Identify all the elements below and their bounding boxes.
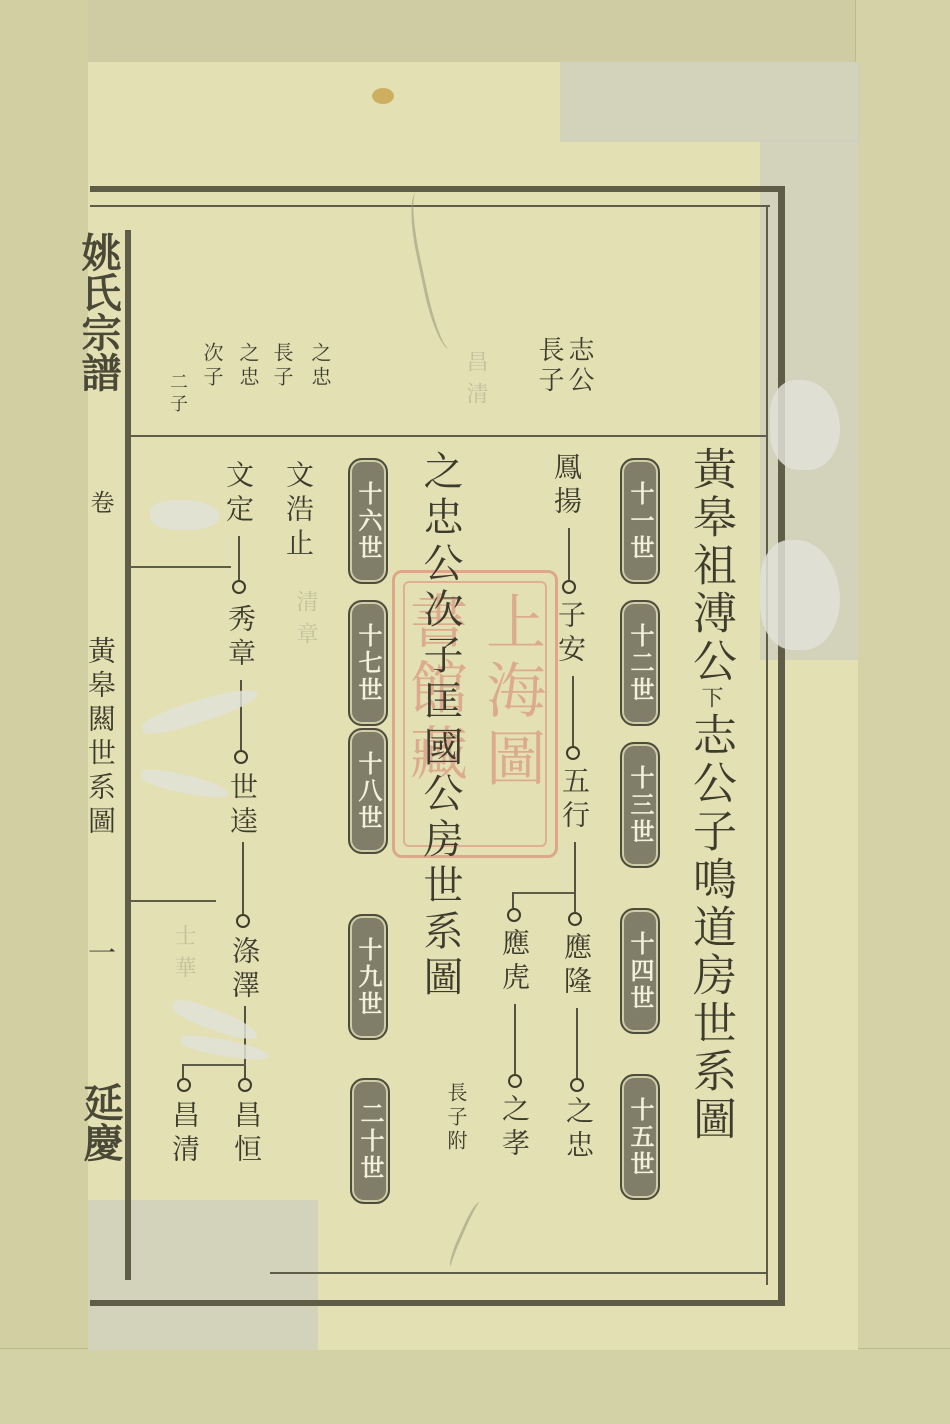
lineage-node [562,580,576,594]
branch-line [512,892,574,894]
stain [372,88,394,104]
lineage-node [234,750,248,764]
book-title-partial: 姚氏宗譜 [78,232,118,392]
branch-line [512,892,514,908]
generation-badge: 十一世 [620,458,660,584]
left-panel-rule [131,566,231,568]
generation-badge: 二十世 [350,1078,390,1204]
mount-top-tissue [88,0,858,64]
generation-badge: 十七世 [348,600,388,726]
mount-left-margin [0,0,90,1424]
paper-damage [150,500,220,530]
lineage-line [238,536,240,580]
generation-badge: 十八世 [348,728,388,854]
chart-two-title-note: 長子附 [446,1082,466,1154]
mount-bottom-margin [0,1348,950,1424]
lineage-line [242,842,244,914]
bleed-through-text: 昌清 [460,350,491,414]
branch-line [182,1064,184,1078]
lineage-node [238,1078,252,1092]
generation-badge: 十三世 [620,742,660,868]
header-note-zhigong: 志公 [566,336,592,396]
header-note-zhizhong: 之忠 [310,342,330,390]
person-name: 五行 [560,766,588,834]
lineage-node [570,1078,584,1092]
spine-rule [125,230,131,1280]
page-frame-inner-right [766,205,768,1285]
bleed-through-text: 清章 [290,590,321,654]
chart-one-title: 黃皋祖溥公下志公子鳴道房世系圖 [688,446,732,1144]
branch-line [182,1064,246,1066]
section-title: 黃皋闗世系圖 [86,636,114,840]
generation-badge: 十四世 [620,908,660,1034]
generation-badge: 十二世 [620,600,660,726]
bleed-through-text: 士華 [168,924,199,988]
person-name: 文浩止 [284,460,312,562]
person-name: 世逵 [228,772,256,840]
header-note-second-son: 次子 [202,342,222,390]
lineage-node [508,1074,522,1088]
hall-name-partial: 延慶 [80,1082,120,1162]
person-name: 昌清 [170,1100,198,1168]
lineage-line [574,842,576,912]
header-note-zhigong-eldest: 長子 [536,336,562,396]
lineage-node [566,746,580,760]
lineage-line [568,528,570,580]
person-name: 子安 [556,600,584,668]
lineage-node [177,1078,191,1092]
chart-two-title: 之忠公次子匡國公房世系圖 [420,450,460,1002]
lineage-line [576,1008,578,1078]
header-note-zhizhong-2: 之忠 [238,342,258,390]
page-frame-inner-bottom [270,1272,766,1274]
lineage-node [232,580,246,594]
mount-right-margin [855,0,950,1424]
generation-badge: 十五世 [620,1074,660,1200]
person-name: 應隆 [562,932,590,1000]
person-name: 秀章 [226,604,254,672]
generation-badge: 十九世 [348,914,388,1040]
seal-text-right: 上海圖 [481,591,541,795]
person-name: 鳳揚 [552,452,580,520]
person-name: 之孝 [500,1094,528,1162]
header-divider [131,435,768,437]
lineage-node [568,912,582,926]
lineage-line [244,1006,246,1078]
tissue-repair [560,62,860,142]
generation-badge: 十六世 [348,458,388,584]
lineage-node [507,908,521,922]
volume-label: 卷 [88,490,112,520]
person-name: 文定 [224,460,252,528]
page-number: 一 [86,938,114,972]
person-name: 應虎 [500,928,528,996]
lineage-line [514,1004,516,1074]
lineage-line [572,676,574,746]
person-name: 之忠 [564,1096,592,1164]
header-note-two-sons: 二子 [168,372,186,416]
left-panel-rule [131,900,216,902]
lineage-node [236,914,250,928]
person-name: 昌恒 [232,1100,260,1168]
person-name: 涤澤 [230,936,258,1004]
header-note-eldest: 長子 [272,342,292,390]
